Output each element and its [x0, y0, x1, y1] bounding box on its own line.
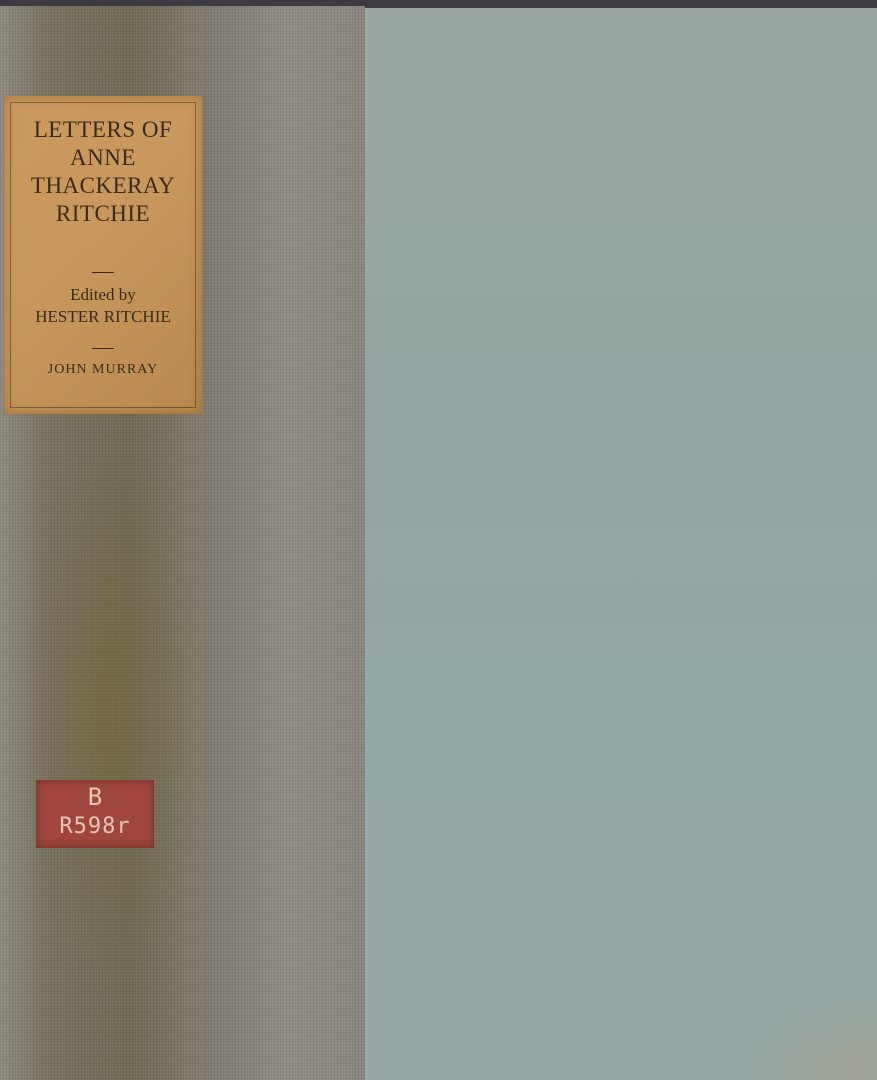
book-photo: LETTERS OF ANNE THACKERAY RITCHIE Edited…: [0, 0, 877, 1080]
divider-rule: [92, 272, 114, 273]
board-corner-wear: [737, 990, 877, 1080]
edited-by: Edited by: [4, 284, 202, 306]
spine-stain: [10, 436, 205, 996]
call-number-cutter: R598r: [36, 814, 154, 840]
spine-label: LETTERS OF ANNE THACKERAY RITCHIE Edited…: [4, 96, 202, 414]
divider-rule: [92, 348, 114, 349]
call-number-class: B: [36, 784, 154, 810]
editor-name: HESTER RITCHIE: [4, 306, 202, 328]
cloth-hinge: [205, 6, 365, 1080]
library-call-number-sticker: B R598r: [36, 780, 154, 848]
front-board: [365, 8, 877, 1080]
title-line-1: LETTERS OF: [4, 116, 202, 144]
title-line-3: THACKERAY: [4, 172, 202, 200]
publisher: JOHN MURRAY: [4, 362, 202, 378]
title-line-4: RITCHIE: [4, 200, 202, 228]
title-line-2: ANNE: [4, 144, 202, 172]
